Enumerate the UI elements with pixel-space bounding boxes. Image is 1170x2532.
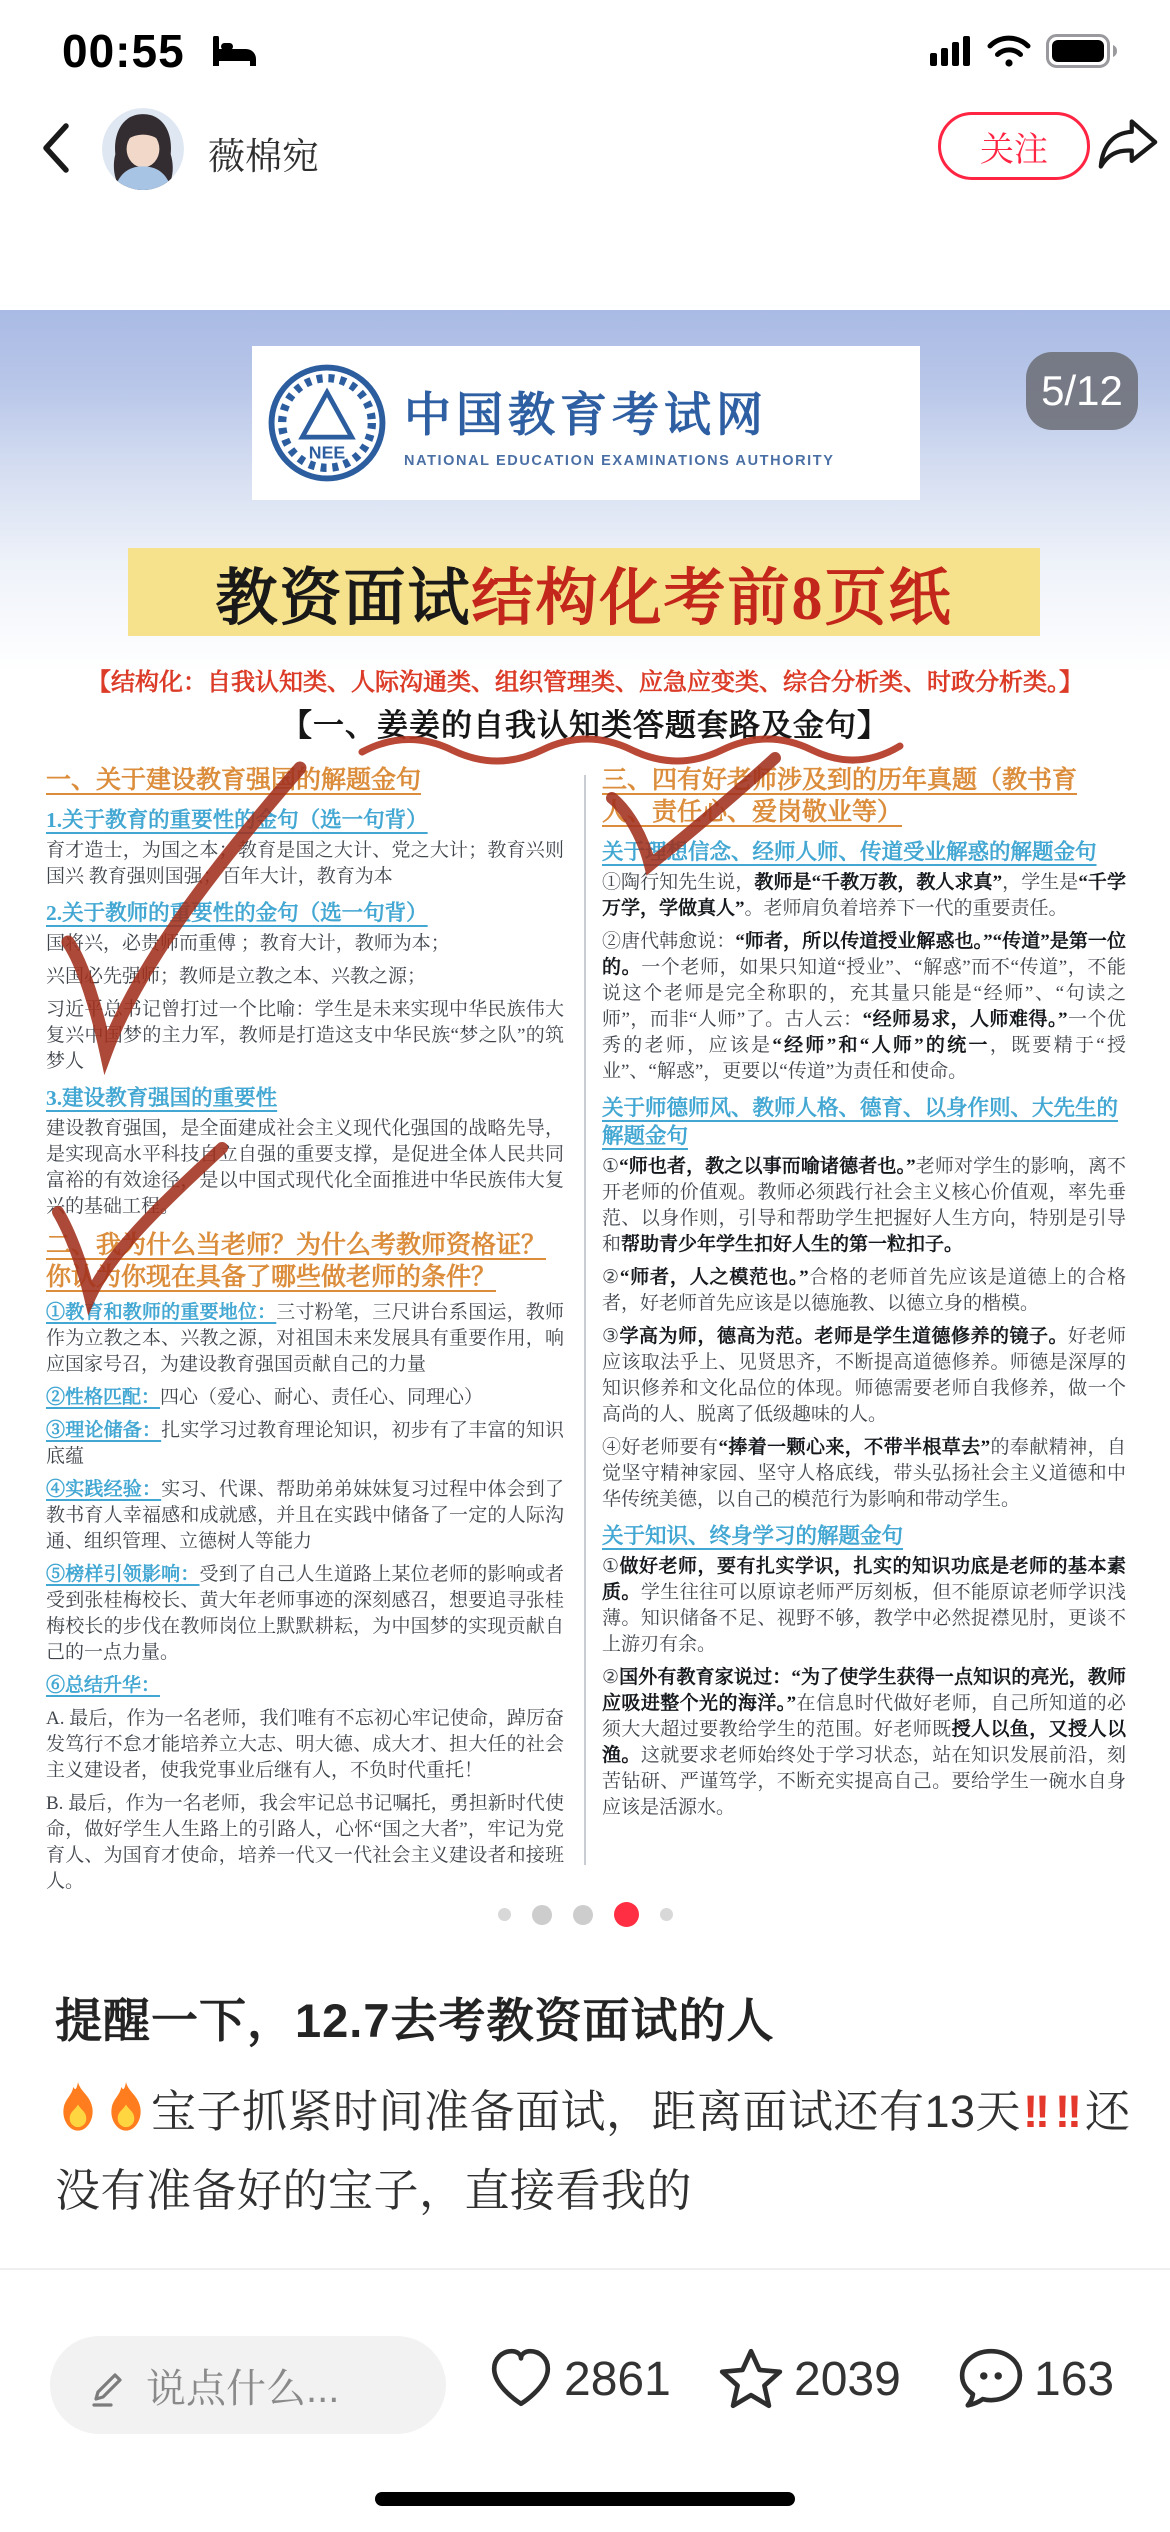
doc-block-p: 习近平总书记曾打过一个比喻：学生是未来实现中华民族伟大复兴中国梦的主力军，教师是… xyxy=(46,997,564,1075)
doc-block-h1: 二、我为什么当老师？为什么考教师资格证？你认为你现在具备了哪些做老师的条件？ xyxy=(46,1230,564,1294)
doc-block-p: 育才造士，为国之本；教育是国之大计、党之大计；教育兴则国兴 教育强则国强；百年大… xyxy=(46,838,564,890)
collect-count: 2039 xyxy=(794,2352,901,2407)
doc-block-h1: 三、四有好老师涉及到的历年真题（教书育人、责任心、爱岗敬业等） xyxy=(602,765,1126,829)
battery-icon xyxy=(1046,34,1120,73)
pencil-icon xyxy=(88,2363,130,2407)
doc-block-p: ①教育和教师的重要地位：三寸粉笔，三尺讲台系国运，教师作为立教之本、兴教之源，对… xyxy=(46,1300,564,1378)
doc-block-p: ①做好老师，要有扎实学识，扎实的知识功底是老师的基本素质。学生往往可以原谅老师严… xyxy=(602,1554,1126,1658)
clock: 00:55 xyxy=(62,24,185,78)
post-body-text: 宝子抓紧时间准备面试，距离面试还有13天 xyxy=(151,2086,1021,2137)
doc-block-p: ①“师也者，教之以事而喻诸德者也。”老师对学生的影响，离不开老师的价值观。教师必… xyxy=(602,1154,1126,1258)
doc-block-p: ②性格匹配：四心（爱心、耐心、责任心、同理心） xyxy=(46,1385,564,1411)
neea-emblem-icon: NEE xyxy=(268,364,386,482)
divider xyxy=(0,2268,1170,2270)
doc-block-p: 兴国必先强师；教师是立教之本、兴教之源； xyxy=(46,964,564,990)
doc-block-p: ⑤榜样引领影响：受到了自己人生道路上某位老师的影响或者受到张桂梅校长、黄大年老师… xyxy=(46,1562,564,1666)
doc-block-h1: 一、关于建设教育强国的解题金句 xyxy=(46,765,564,797)
status-bar: 00:55 xyxy=(0,0,1170,100)
back-icon[interactable] xyxy=(40,122,70,174)
doc-block-p: ②“师者，人之模范也。”合格的老师首先应该是道德上的合格者，好老师首先应该是以德… xyxy=(602,1265,1126,1317)
post-image[interactable]: NEE 中国教育考试网 NATIONAL EDUCATION EXAMINATI… xyxy=(0,310,1170,1890)
doc-block-p: 国将兴，必贵师而重傅 ；教育大计，教师为本； xyxy=(46,931,564,957)
post-body: 宝子抓紧时间准备面试，距离面试还有13天!!!!还没有准备好的宝子，直接看我的 xyxy=(55,2072,1133,2230)
double-exclamation-emoji: !! xyxy=(1055,2086,1079,2137)
doc-block-p: ①陶行知先生说，教师是“千教万教，教人求真”，学生是“千学万学，学做真人”。老师… xyxy=(602,870,1126,922)
doc-block-p: A. 最后，作为一名老师，我们唯有不忘初心牢记使命，踔厉奋发笃行不怠才能培养立大… xyxy=(46,1706,564,1784)
share-icon[interactable] xyxy=(1098,116,1158,172)
carousel-dot xyxy=(660,1908,673,1921)
like-count: 2861 xyxy=(564,2352,671,2407)
status-icons xyxy=(930,34,1120,73)
doc-block-h2: 1.关于教育的重要性的金句（选一句背） xyxy=(46,806,564,834)
signal-icon xyxy=(930,36,972,71)
doc-columns: 一、关于建设教育强国的解题金句1.关于教育的重要性的金句（选一句背）育才造士，为… xyxy=(0,765,1170,1890)
wifi-icon xyxy=(986,34,1032,73)
post-title: 提醒一下，12.7去考教资面试的人 xyxy=(55,1984,1125,2051)
doc-block-h2: 2.关于教师的重要性的金句（选一句背） xyxy=(46,899,564,927)
doc-title-banner: 教资面试结构化考前8页纸 xyxy=(128,548,1040,636)
site-name-en: NATIONAL EDUCATION EXAMINATIONS AUTHORIT… xyxy=(404,453,835,469)
doc-title-red: 结构化考前8页纸 xyxy=(472,548,953,637)
comment-placeholder: 说点什么... xyxy=(146,2357,339,2414)
doc-block-p: ③理论储备：扎实学习过教育理论知识，初步有了丰富的知识底蕴 xyxy=(46,1418,564,1470)
doc-left-column: 一、关于建设教育强国的解题金句1.关于教育的重要性的金句（选一句背）育才造士，为… xyxy=(46,765,564,1890)
carousel-dot-active xyxy=(614,1902,639,1927)
doc-block-p: ②国外有教育家说过：“为了使学生获得一点知识的亮光，教师应吸进整个光的海洋。”在… xyxy=(602,1665,1126,1821)
comment-button[interactable]: 163 xyxy=(958,2346,1114,2412)
svg-text:NEE: NEE xyxy=(309,442,346,462)
doc-block-p: ④实践经验：实习、代课、帮助弟弟妹妹复习过程中体会到了教书育人幸福感和成就感，并… xyxy=(46,1477,564,1555)
carousel-dots xyxy=(0,1902,1170,1927)
doc-block-p: 建设教育强国，是全面建成社会主义现代化强国的战略先导，是实现高水平科技自立自强的… xyxy=(46,1116,564,1220)
carousel-dot xyxy=(532,1905,552,1925)
neea-logo-card: NEE 中国教育考试网 NATIONAL EDUCATION EXAMINATI… xyxy=(252,346,920,500)
bottom-bar: 说点什么... 2861 2039 163 xyxy=(0,2320,1170,2450)
carousel-dot xyxy=(498,1908,511,1921)
star-icon xyxy=(718,2346,784,2412)
doc-title-black: 教资面试 xyxy=(215,548,471,637)
home-indicator[interactable] xyxy=(375,2492,795,2506)
carousel-dot xyxy=(573,1905,593,1925)
fire-emoji xyxy=(55,2078,101,2130)
doc-section-title: 【一、姜姜的自我认知类答题套路及金句】 xyxy=(0,700,1170,745)
doc-block-h2: 关于理想信念、经师人师、传道受业解惑的解题金句 xyxy=(602,838,1126,866)
doc-block-p: ③学高为师，德高为范。老师是学生道德修养的镜子。好老师应该取法乎上、见贤思齐，不… xyxy=(602,1324,1126,1428)
collect-button[interactable]: 2039 xyxy=(718,2346,901,2412)
site-name: 中国教育考试网 xyxy=(404,378,835,445)
double-exclamation-emoji: !! xyxy=(1023,2086,1047,2137)
heart-icon xyxy=(488,2346,554,2412)
doc-block-p: ④好老师要有“捧着一颗心来，不带半根草去”的奉献精神，自觉坚守精神家园、坚守人格… xyxy=(602,1435,1126,1513)
doc-block-p: ②唐代韩愈说：“师者，所以传道授业解惑也。”“传道”是第一位的。一个老师，如果只… xyxy=(602,929,1126,1085)
doc-right-column: 三、四有好老师涉及到的历年真题（教书育人、责任心、爱岗敬业等）关于理想信念、经师… xyxy=(602,765,1126,1828)
doc-subtitle: 【结构化：自我认知类、人际沟通类、组织管理类、应急应变类、综合分析类、时政分析类… xyxy=(0,662,1170,697)
doc-block-p: ⑥总结升华： xyxy=(46,1673,564,1699)
doc-block-h2: 关于师德师风、教师人格、德育、以身作则、大先生的解题金句 xyxy=(602,1094,1126,1150)
doc-block-h2: 3.建设教育强国的重要性 xyxy=(46,1084,564,1112)
doc-block-p: B. 最后，作为一名老师，我会牢记总书记嘱托，勇担新时代使命，做好学生人生路上的… xyxy=(46,1791,564,1890)
like-button[interactable]: 2861 xyxy=(488,2346,671,2412)
bed-sleep-focus-icon xyxy=(210,36,258,73)
comment-count: 163 xyxy=(1034,2352,1114,2407)
doc-block-h2: 关于知识、终身学习的解题金句 xyxy=(602,1522,1126,1550)
avatar[interactable] xyxy=(102,108,184,190)
follow-button[interactable]: 关注 xyxy=(938,112,1090,180)
fire-emoji xyxy=(103,2078,149,2130)
comment-input[interactable]: 说点什么... xyxy=(50,2336,446,2434)
username[interactable]: 薇棉宛 xyxy=(208,126,319,180)
comment-bubble-icon xyxy=(958,2346,1024,2412)
carousel-page-badge: 5/12 xyxy=(1026,352,1138,430)
nav-bar: 薇棉宛 关注 xyxy=(0,100,1170,200)
